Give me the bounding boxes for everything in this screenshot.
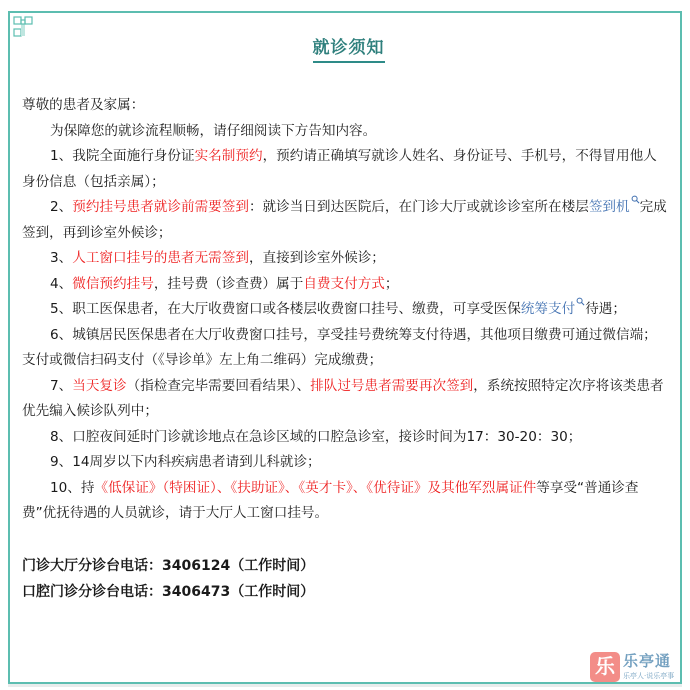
notice-item-4: 4、微信预约挂号，挂号费（诊查费）属于自费支付方式； xyxy=(22,272,670,298)
watermark-name: 乐亭通 xyxy=(623,652,671,670)
greeting: 尊敬的患者及家属： xyxy=(22,93,670,119)
highlight-text: 实名制预约 xyxy=(195,148,263,164)
item-text: 待遇； xyxy=(585,301,626,317)
item-text: 4、 xyxy=(50,276,72,292)
contact-label: 口腔门诊分诊台电话： xyxy=(22,584,162,600)
notice-item-1: 1、我院全面施行身份证实名制预约，预约请正确填写就诊人姓名、身份证号、手机号，不… xyxy=(22,144,670,195)
item-text: 5、职工医保患者，在大厅收费窗口或各楼层收费窗口挂号、缴费，可享受医保 xyxy=(50,301,521,317)
item-text: ，挂号费（诊查费）属于 xyxy=(154,276,304,292)
link-pooled-payment[interactable]: 统筹支付 xyxy=(521,301,575,317)
link-check-in-machine[interactable]: 签到机 xyxy=(589,199,630,215)
highlight-text: 排队过号患者需要再次签到 xyxy=(310,378,473,394)
page-title: 就诊须知 xyxy=(313,33,385,63)
search-icon[interactable] xyxy=(576,297,585,306)
highlight-text: 当天复诊 xyxy=(72,378,126,394)
intro: 为保障您的就诊流程顺畅，请仔细阅读下方告知内容。 xyxy=(22,119,670,145)
contact-note: （工作时间） xyxy=(230,558,314,574)
item-text: 10、持 xyxy=(50,480,95,496)
notice-item-2: 2、预约挂号患者就诊前需要签到：就诊当日到达医院后，在门诊大厅或就诊诊室所在楼层… xyxy=(22,195,670,246)
notice-body: 尊敬的患者及家属： 为保障您的就诊流程顺畅，请仔细阅读下方告知内容。 1、我院全… xyxy=(22,93,670,605)
contact-phone[interactable]: 3406124 xyxy=(162,558,230,574)
notice-item-5: 5、职工医保患者，在大厅收费窗口或各楼层收费窗口挂号、缴费，可享受医保统筹支付待… xyxy=(22,297,670,323)
contact-note: （工作时间） xyxy=(230,584,314,600)
contact-hall: 门诊大厅分诊台电话：3406124（工作时间） xyxy=(22,553,670,579)
item-text: 2、 xyxy=(50,199,72,215)
spacer xyxy=(22,527,670,553)
search-icon[interactable] xyxy=(631,195,640,204)
highlight-text: 人工窗口挂号的患者无需签到 xyxy=(72,250,249,266)
highlight-text: 《低保证》（特困证）、《扶助证》、《英才卡》、《优待证》及其他军烈属证件 xyxy=(95,480,537,496)
highlight-text: 预约挂号患者就诊前需要签到 xyxy=(72,199,249,215)
contact-label: 门诊大厅分诊台电话： xyxy=(22,558,162,574)
highlight-text: 自费支付方式 xyxy=(303,276,385,292)
highlight-text: 微信预约挂号 xyxy=(72,276,154,292)
contact-phone[interactable]: 3406473 xyxy=(162,584,230,600)
item-text: 3、 xyxy=(50,250,72,266)
item-text: （指检查完毕需要回看结果）、 xyxy=(127,378,311,394)
contact-dental: 口腔门诊分诊台电话：3406473（工作时间） xyxy=(22,579,670,605)
watermark: 乐 乐亭通 乐亭人·说乐亭事 xyxy=(590,652,682,684)
item-text: ，直接到诊室外候诊； xyxy=(249,250,385,266)
notice-item-7: 7、当天复诊（指检查完毕需要回看结果）、排队过号患者需要再次签到，系统按照特定次… xyxy=(22,374,670,425)
notice-item-9: 9、14周岁以下内科疾病患者请到儿科就诊； xyxy=(22,450,670,476)
frame-shadow xyxy=(8,684,682,687)
notice-item-3: 3、人工窗口挂号的患者无需签到，直接到诊室外候诊； xyxy=(22,246,670,272)
item-text: ：就诊当日到达医院后，在门诊大厅或就诊诊室所在楼层 xyxy=(249,199,589,215)
title-wrap: 就诊须知 xyxy=(0,33,690,63)
watermark-logo: 乐 xyxy=(590,652,620,682)
item-text: ； xyxy=(385,276,399,292)
notice-item-6: 6、城镇居民医保患者在大厅收费窗口挂号，享受挂号费统筹支付待遇，其他项目缴费可通… xyxy=(22,323,670,374)
notice-item-8: 8、口腔夜间延时门诊就诊地点在急诊区域的口腔急诊室，接诊时间为17：30-20：… xyxy=(22,425,670,451)
notice-item-10: 10、持《低保证》（特困证）、《扶助证》、《英才卡》、《优待证》及其他军烈属证件… xyxy=(22,476,670,527)
item-text: 1、我院全面施行身份证 xyxy=(50,148,195,164)
item-text: 7、 xyxy=(50,378,72,394)
watermark-slogan: 乐亭人·说乐亭事 xyxy=(623,671,674,681)
